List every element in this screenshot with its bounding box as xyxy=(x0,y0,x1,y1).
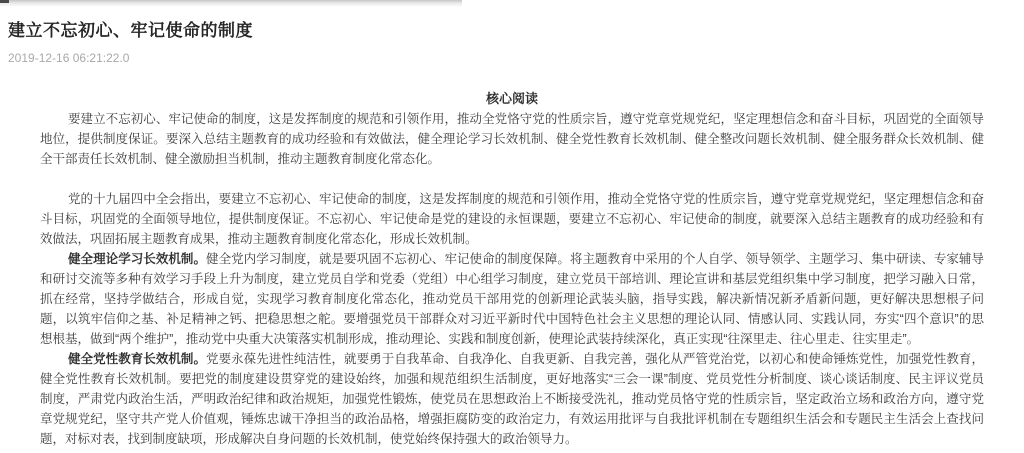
article-body: 核心阅读 要建立不忘初心、牢记使命的制度，这是发挥制度的规范和引领作用，推动全党… xyxy=(40,90,984,449)
article-paragraph: 党的十九届四中全会指出，要建立不忘初心、牢记使命的制度，这是发挥制度的规范和引领… xyxy=(40,189,984,249)
paragraph-lead: 健全党性教育长效机制。 xyxy=(68,352,206,366)
article-paragraph: 健全理论学习长效机制。健全党内学习制度，就是要巩固不忘初心、牢记使命的制度保障。… xyxy=(40,249,984,349)
page-corner-mark xyxy=(0,0,9,3)
core-reading-text: 要建立不忘初心、牢记使命的制度，这是发挥制度的规范和引领作用，推动全党恪守党的性… xyxy=(40,109,984,169)
publish-date: 2019-12-16 06:21:22.0 xyxy=(8,51,1016,65)
page-top-shadow xyxy=(0,0,462,7)
article-header: 建立不忘初心、牢记使命的制度 2019-12-16 06:21:22.0 xyxy=(0,0,1024,65)
paragraph-lead: 健全理论学习长效机制。 xyxy=(68,252,206,266)
page-title: 建立不忘初心、牢记使命的制度 xyxy=(8,19,1016,42)
paragraph-list: 党的十九届四中全会指出，要建立不忘初心、牢记使命的制度，这是发挥制度的规范和引领… xyxy=(40,189,984,449)
article-paragraph: 健全党性教育长效机制。党要永葆先进性纯洁性，就要勇于自我革命、自我净化、自我更新… xyxy=(40,349,984,449)
core-reading-heading: 核心阅读 xyxy=(40,90,984,109)
